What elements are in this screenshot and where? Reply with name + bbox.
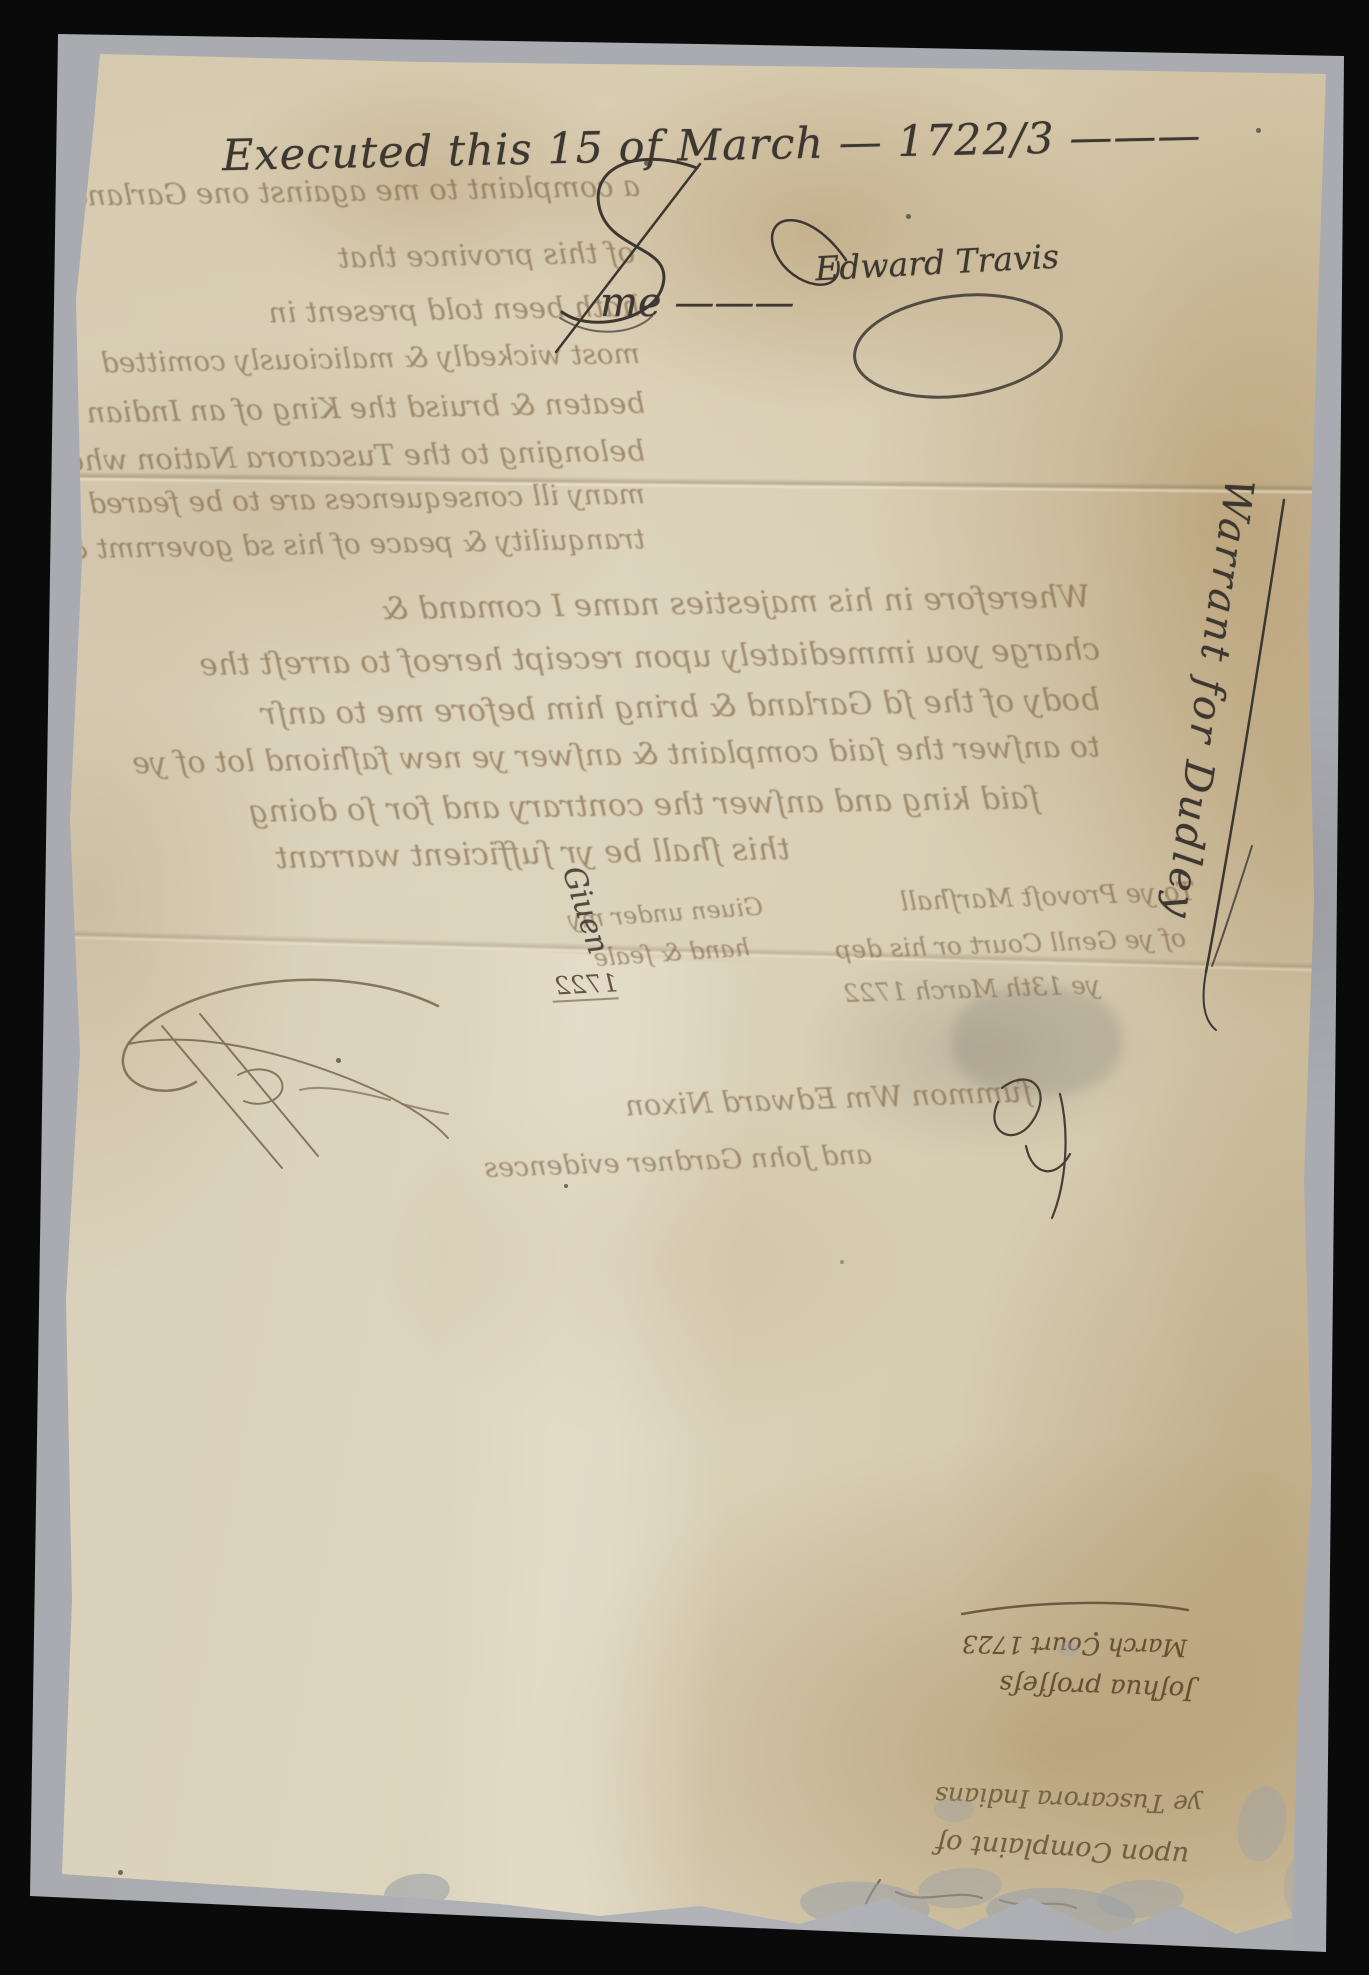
left-paraph-slash-1	[162, 1026, 282, 1168]
ink-speck	[1256, 128, 1261, 133]
bleed-line: of this province that	[335, 235, 636, 274]
bleed-line: To ye Provoſt Marſhall	[800, 877, 1196, 921]
docket-court-line: March Court 1723	[992, 1630, 1187, 1661]
bleed-line: beaten & bruisd the King of an Indian ma…	[155, 386, 646, 429]
gray-smudge	[158, 1925, 207, 1945]
bleed-line: and John Gardner evidences	[552, 1139, 873, 1181]
ink-speck	[336, 1058, 341, 1063]
left-paraph-sweep	[128, 1040, 448, 1138]
bleed-line: tranquility & peace of his sd governmt &…	[215, 522, 646, 562]
gray-smudge	[916, 1864, 1004, 1913]
docket-vertical: Warrant for Dudley	[1144, 476, 1262, 997]
left-paraph-slash-2	[200, 1014, 318, 1156]
bleed-line: charge you immediately upon receipt here…	[125, 631, 1100, 684]
bleed-line: hath been told present in	[300, 289, 641, 329]
year-note: 1722	[551, 968, 619, 1002]
attestation-word: me ———	[600, 280, 794, 326]
bleed-line: to anſwer the ſaid complaint & anſwer ye…	[110, 729, 1100, 781]
bleed-line: of ye Genll Court or his dep	[806, 923, 1187, 965]
bleed-line: ſummon Wm Edward Nixon	[592, 1074, 1033, 1123]
docket-dash-line	[962, 1603, 1188, 1614]
bleed-line: Wherefore in his majesties name I comand…	[390, 579, 1091, 627]
bleed-line: most wickedly & maliciously comitted	[295, 337, 641, 376]
docket-underline-tail	[1204, 972, 1216, 1030]
docket-complaint-line: upon Complaint of	[904, 1826, 1220, 1873]
docket-name-line: Joſhua proſſeſs	[962, 1667, 1233, 1706]
bleed-line: this ſhall be yr ſufficient warrant	[230, 831, 791, 877]
ink-speck	[564, 1184, 568, 1188]
left-paraph-squiggle	[300, 1088, 448, 1114]
manuscript-scan: a complaint to me against one Garland of…	[0, 0, 1369, 1975]
bleed-line: ſaid king and anſwer the contrary and fo…	[140, 780, 1040, 832]
bleed-line: ye 13th March 1722	[770, 970, 1101, 1010]
left-paraph-curl	[123, 980, 438, 1091]
execution-line: Executed this 15 of March — 1722/3 ———	[222, 113, 1103, 181]
bleed-line: belonging to the Tuscarora Nation whereb…	[130, 434, 646, 477]
ink-speck	[906, 214, 911, 219]
docket-underline-second	[1212, 846, 1252, 966]
ink-speck	[118, 1870, 123, 1875]
bleed-line: many ill consequences are to be feared t…	[120, 477, 645, 519]
manuscript-paper: a complaint to me against one Garland of…	[0, 0, 1369, 1975]
travis-signature: Edward Travis	[814, 237, 1060, 289]
bleed-line: body of the ſd Garland & bring him befor…	[150, 682, 1100, 735]
gray-smudge	[1232, 1782, 1292, 1865]
signature-oval-flourish	[849, 284, 1068, 409]
docket-subject-line: ye Tuscarora Indians	[952, 1782, 1203, 1820]
ink-speck	[840, 1260, 844, 1264]
left-paraph-loop	[238, 1069, 282, 1103]
